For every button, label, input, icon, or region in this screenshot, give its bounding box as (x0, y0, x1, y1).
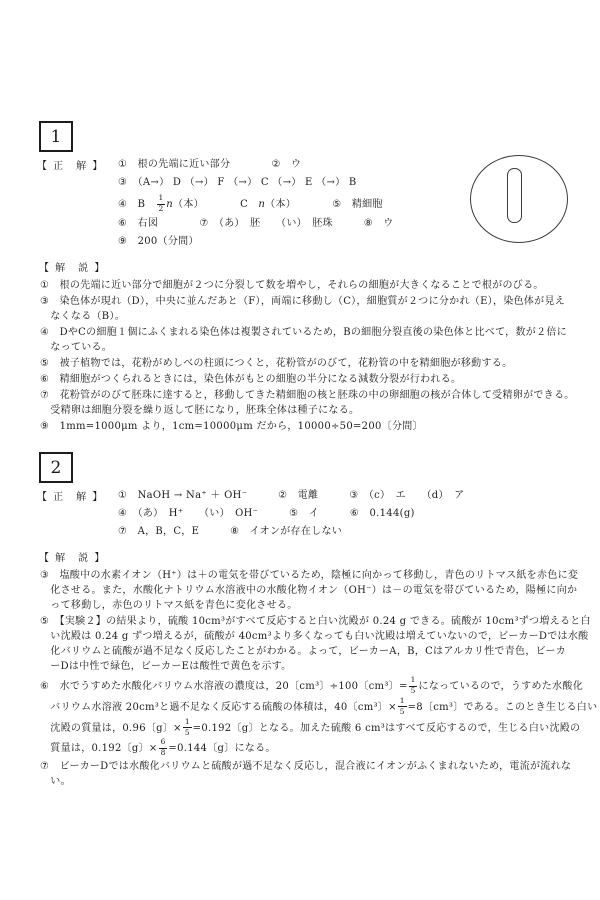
answer-key-page: 1 【 正 解 】 ① 根の先端に近い部分 ② ウ ③ （A→） D （→） F… (0, 0, 600, 900)
answer-row: ① NaOH → Na⁺ ＋ OH⁻ ② 電離 ③ （c） エ （d） ア (118, 488, 589, 504)
kaisetsu-block-1: ① 根の先端に近い部分で細胞が２つに分裂して数を増やし，それらの細胞が大きくなる… (40, 278, 589, 434)
kaisetsu-item: ⑨ 1mm=1000μm より，1cm=10000μm だから，10000÷50… (40, 419, 589, 434)
fraction: 15 (398, 697, 407, 717)
kaisetsu-line: ③ 染色体が現れ（D），中央に並んだあと（F），両端に移動し（C），細胞質が２つ… (40, 294, 589, 309)
kaisetsu-line: ③ 塩酸中の水素イオン（H⁺）は＋の電気を帯びているため，陰極に向かって移動し，… (40, 568, 589, 583)
kaisetsu-line: バリウム水溶液 20cm³と過不足なく反応する硫酸の体積は，40〔cm³〕×15… (40, 696, 589, 717)
answer-row: ④ （あ） H⁺ （い） OH⁻ ⑤ イ ⑥ 0.144(g) (118, 506, 589, 522)
kaisetsu-line: ⑤ 被子植物では，花粉がめしべの柱頭につくと，花粉管がのびて，花粉管の中を精細胞… (40, 356, 589, 371)
kaisetsu-line: い沈殿は 0.24 g ずつ増えるが，硫酸が 40cm³より多くなっても白い沈殿… (40, 629, 589, 644)
answer-row: ⑦ A，B，C，E ⑧ イオンが存在しない (118, 524, 589, 540)
kaisetsu-line: ⑤ 【実験２】の結果より，硫酸 10cm³がすべて反応すると白い沈殿が 0.24… (40, 614, 589, 629)
kaisetsu-item: ⑥ 精細胞がつくられるときには，染色体がもとの細胞の半分になる減数分裂が行われる… (40, 372, 589, 387)
cell-chromosome-capsule (507, 168, 522, 223)
fraction: 12 (157, 194, 166, 214)
kaisetsu-item: ⑦ ビーカーDでは水酸化バリウムと硫酸が過不足なく反応し，混合液にイオンがふくま… (40, 759, 589, 789)
cell-diagram-figure (470, 155, 570, 245)
kaisetsu-item: ④ DやCの細胞１個にふくまれる染色体は複製されているため，Bの細胞分裂直後の染… (40, 325, 589, 355)
kaisetsu-item: ③ 染色体が現れ（D），中央に並んだあと（F），両端に移動し（C），細胞質が２つ… (40, 294, 589, 324)
kaisetsu-line: ⑥ 精細胞がつくられるときには，染色体がもとの細胞の半分になる減数分裂が行われる… (40, 372, 589, 387)
kaisetsu-label: 【 解 説 】 (39, 549, 589, 564)
fraction: 15 (183, 718, 192, 738)
kaisetsu-line: ⑦ 花粉管がのびて胚珠に達すると，移動してきた精細胞の核と胚珠の中の卵細胞の核が… (40, 388, 589, 403)
kaisetsu-item: ⑦ 花粉管がのびて胚珠に達すると，移動してきた精細胞の核と胚珠の中の卵細胞の核が… (40, 388, 589, 418)
seikai-label: 【 正 解 】 (37, 488, 118, 542)
kaisetsu-line: ーDは中性で緑色，ビーカーEは酸性で黄色を示す。 (40, 659, 589, 674)
kaisetsu-line: なくなる（B）。 (40, 309, 589, 324)
kaisetsu-label: 【 解 説 】 (39, 259, 589, 274)
kaisetsu-item: ③ 塩酸中の水素イオン（H⁺）は＋の電気を帯びているため，陰極に向かって移動し，… (40, 568, 589, 613)
kaisetsu-line: 化バリウムと硫酸が過不足なく反応したことがわかる。よって，ビーカーA，B，Cはア… (40, 644, 589, 659)
seikai-block-2: 【 正 解 】 ① NaOH → Na⁺ ＋ OH⁻ ② 電離 ③ （c） エ … (37, 488, 589, 542)
seikai-rows: ① NaOH → Na⁺ ＋ OH⁻ ② 電離 ③ （c） エ （d） ア ④ … (118, 488, 589, 542)
kaisetsu-line: い。 (40, 774, 589, 789)
kaisetsu-line: なっている。 (40, 340, 589, 355)
question-number-box-1: 1 (39, 121, 73, 152)
question-number: 1 (50, 127, 61, 147)
kaisetsu-line: ⑦ ビーカーDでは水酸化バリウムと硫酸が過不足なく反応し，混合液にイオンがふくま… (40, 759, 589, 774)
seikai-label: 【 正 解 】 (37, 157, 118, 252)
section-2: 2 【 正 解 】 ① NaOH → Na⁺ ＋ OH⁻ ② 電離 ③ （c） … (37, 452, 589, 790)
kaisetsu-item: ① 根の先端に近い部分で細胞が２つに分裂して数を増やし，それらの細胞が大きくなる… (40, 278, 589, 293)
question-number-box-2: 2 (39, 452, 73, 483)
kaisetsu-line: 質量は，0.192〔g〕×68=0.144〔g〕になる。 (40, 737, 589, 758)
kaisetsu-line: ⑨ 1mm=1000μm より，1cm=10000μm だから，10000÷50… (40, 419, 589, 434)
kaisetsu-line: って移動し，赤色のリトマス紙を青色に変化させる。 (40, 598, 589, 613)
kaisetsu-line: ① 根の先端に近い部分で細胞が２つに分裂して数を増やし，それらの細胞が大きくなる… (40, 278, 589, 293)
question-number: 2 (50, 458, 61, 478)
kaisetsu-item: ⑤ 被子植物では，花粉がめしべの柱頭につくと，花粉管がのびて，花粉管の中を精細胞… (40, 356, 589, 371)
kaisetsu-item: ⑥ 水でうすめた水酸化バリウム水溶液の濃度は，20〔cm³〕÷100〔cm³〕=… (40, 675, 589, 758)
fraction: 15 (409, 676, 418, 696)
kaisetsu-line: ⑥ 水でうすめた水酸化バリウム水溶液の濃度は，20〔cm³〕÷100〔cm³〕=… (40, 675, 589, 696)
kaisetsu-line: 沈殿の質量は，0.96〔g〕×15=0.192〔g〕となる。加えた硫酸 6 cm… (40, 717, 589, 738)
kaisetsu-item: ⑤ 【実験２】の結果より，硫酸 10cm³がすべて反応すると白い沈殿が 0.24… (40, 614, 589, 674)
fraction: 68 (159, 738, 168, 758)
kaisetsu-line: 化させる。また，水酸化ナトリウム水溶液中の水酸化物イオン（OH⁻）は－の電気を帯… (40, 583, 589, 598)
kaisetsu-line: ④ DやCの細胞１個にふくまれる染色体は複製されているため，Bの細胞分裂直後の染… (40, 325, 589, 340)
kaisetsu-block-2: ③ 塩酸中の水素イオン（H⁺）は＋の電気を帯びているため，陰極に向かって移動し，… (40, 568, 589, 789)
kaisetsu-line: 受精卵は細胞分裂を繰り返して胚になり，胚珠全体は種子になる。 (40, 403, 589, 418)
